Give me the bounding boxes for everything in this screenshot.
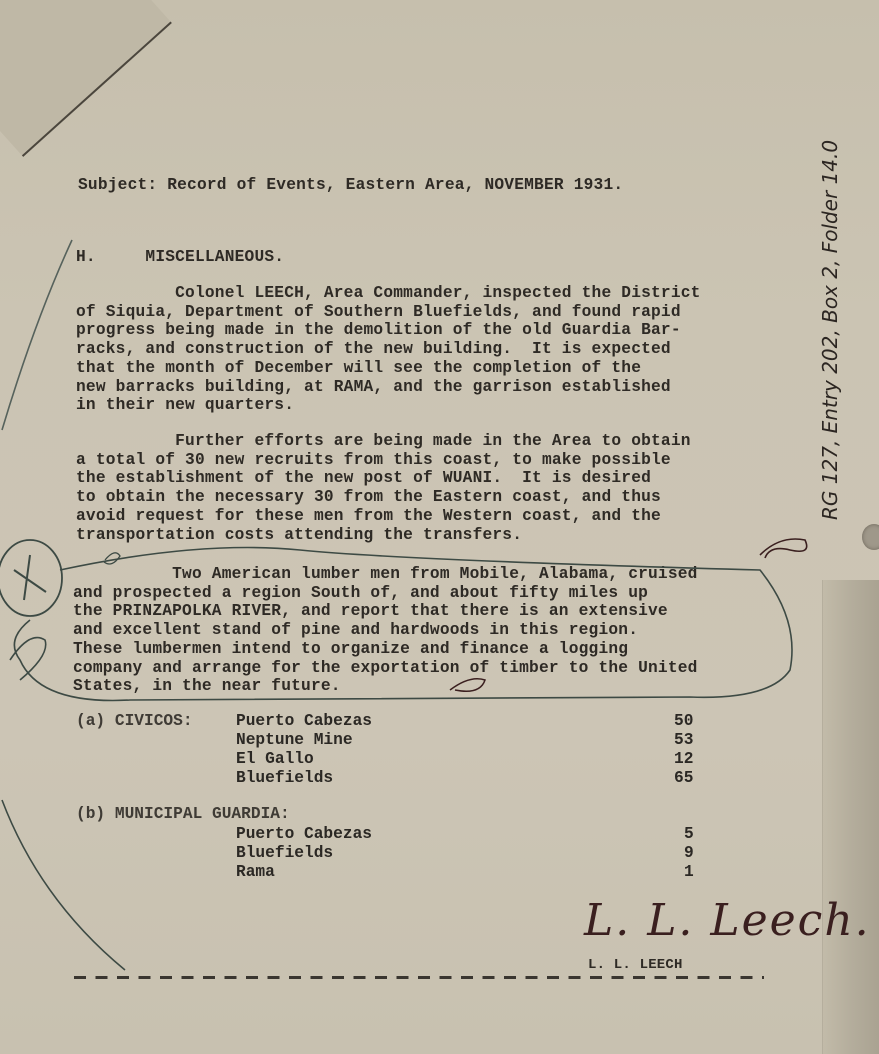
- loop-mark-icon: [10, 638, 46, 681]
- pencil-markings: [0, 0, 879, 1054]
- document-page: Subject: Record of Events, Eastern Area,…: [0, 0, 879, 1054]
- margin-pencil-curve: [2, 800, 125, 970]
- margin-pencil-line: [2, 240, 72, 430]
- pencil-loop-small-icon: [104, 553, 120, 564]
- paragraph-enclosure-loop: [14, 548, 792, 701]
- circled-x-mark: [0, 540, 62, 616]
- x-mark-icon: [14, 555, 46, 600]
- pen-loop-small-icon: [450, 679, 485, 692]
- pen-loop-mark-icon: [760, 539, 807, 558]
